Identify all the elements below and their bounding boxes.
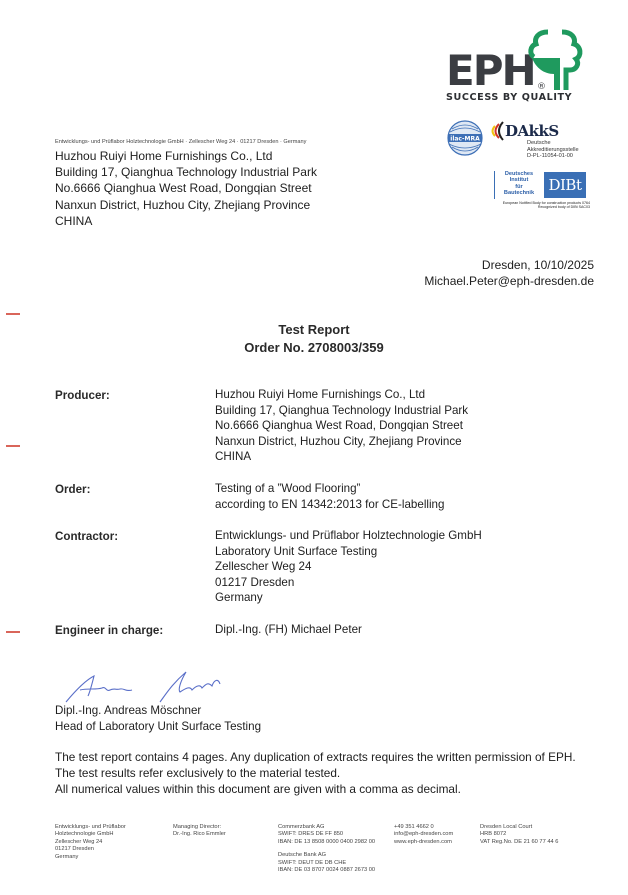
dibt-institute-name: Deutsches Institut für Bautechnik — [494, 171, 543, 199]
date-block: Dresden, 10/10/2025 Michael.Peter@eph-dr… — [424, 257, 594, 290]
report-title-block: Test Report Order No. 2708003/359 — [0, 321, 628, 357]
note-line: All numerical values within this documen… — [55, 781, 576, 797]
tree-icon — [526, 28, 588, 92]
footer-contact: +49 351 4662 0 info@eph-dresden.com www.… — [394, 824, 453, 846]
dibt-mark: DIBt — [544, 172, 586, 198]
dakks-name: DAkkS — [505, 122, 559, 140]
sender-line: Entwicklungs- und Prüflabor Holztechnolo… — [55, 139, 306, 145]
addressee-line: Nanxun District, Huzhou City, Zhejiang P… — [55, 197, 317, 213]
addressee-block: Huzhou Ruiyi Home Furnishings Co., Ltd B… — [55, 148, 317, 229]
footer-email-link[interactable]: info@eph-dresden.com — [394, 831, 453, 838]
addressee-line: Huzhou Ruiyi Home Furnishings Co., Ltd — [55, 148, 317, 164]
fold-mark — [6, 313, 20, 315]
report-notes: The test report contains 4 pages. Any du… — [55, 749, 576, 798]
order-value: Testing of a ”Wood Flooring” according t… — [215, 481, 444, 512]
signer-block: Dipl.-Ing. Andreas Möschner Head of Labo… — [55, 703, 261, 734]
signer-name: Dipl.-Ing. Andreas Möschner — [55, 703, 261, 719]
addressee-line: No.6666 Qianghua West Road, Dongqian Str… — [55, 180, 317, 196]
producer-value: Huzhou Ruiyi Home Furnishings Co., Ltd B… — [215, 387, 468, 465]
eph-logo: EPH ® SUCCESS BY QUALITY — [444, 28, 594, 106]
report-title: Test Report — [0, 321, 628, 339]
fold-mark — [6, 631, 20, 633]
footer-website-link[interactable]: www.eph-dresden.com — [394, 839, 453, 846]
footer-banks: Commerzbank AG SWIFT: DRES DE FF 850 IBA… — [278, 824, 375, 874]
dakks-details: Deutsche Akkreditierungsstelle D-PL-1105… — [527, 140, 579, 160]
date-line: Dresden, 10/10/2025 — [424, 257, 594, 273]
logo-tagline: SUCCESS BY QUALITY — [446, 92, 572, 103]
logo-text: EPH — [446, 50, 535, 92]
order-label: Order: — [55, 483, 90, 496]
order-number: Order No. 2708003/359 — [0, 339, 628, 357]
producer-label: Producer: — [55, 389, 110, 402]
contractor-label: Contractor: — [55, 530, 118, 543]
footer-company: Entwicklungs- und Prüflabor Holztechnolo… — [55, 824, 126, 861]
punch-mark — [6, 445, 20, 447]
svg-text:ilac-MRA: ilac-MRA — [450, 136, 480, 143]
addressee-line: Building 17, Qianghua Technology Industr… — [55, 164, 317, 180]
note-line: The test report contains 4 pages. Any du… — [55, 749, 576, 765]
footer-director: Managing Director: Dr.-Ing. Rico Emmler — [173, 824, 226, 839]
handwritten-signature — [62, 668, 232, 706]
ilac-mra-logo: ilac-MRA — [446, 120, 484, 156]
engineer-value: Dipl.-Ing. (FH) Michael Peter — [215, 622, 362, 638]
dakks-logo: DAkkS Deutsche Akkreditierungsstelle D-P… — [489, 120, 599, 160]
contact-email: Michael.Peter@eph-dresden.de — [424, 273, 594, 289]
signer-role: Head of Laboratory Unit Surface Testing — [55, 719, 261, 735]
dibt-note: European Notified Body for construction … — [492, 201, 590, 210]
note-line: The test results refer exclusively to th… — [55, 765, 576, 781]
engineer-label: Engineer in charge: — [55, 624, 163, 637]
addressee-line: CHINA — [55, 213, 317, 229]
dibt-logo: Deutsches Institut für Bautechnik DIBt E… — [492, 170, 592, 210]
footer-court: Dresden Local Court HRB 8072 VAT Reg.No.… — [480, 824, 558, 846]
contractor-value: Entwicklungs- und Prüflabor Holztechnolo… — [215, 528, 482, 606]
